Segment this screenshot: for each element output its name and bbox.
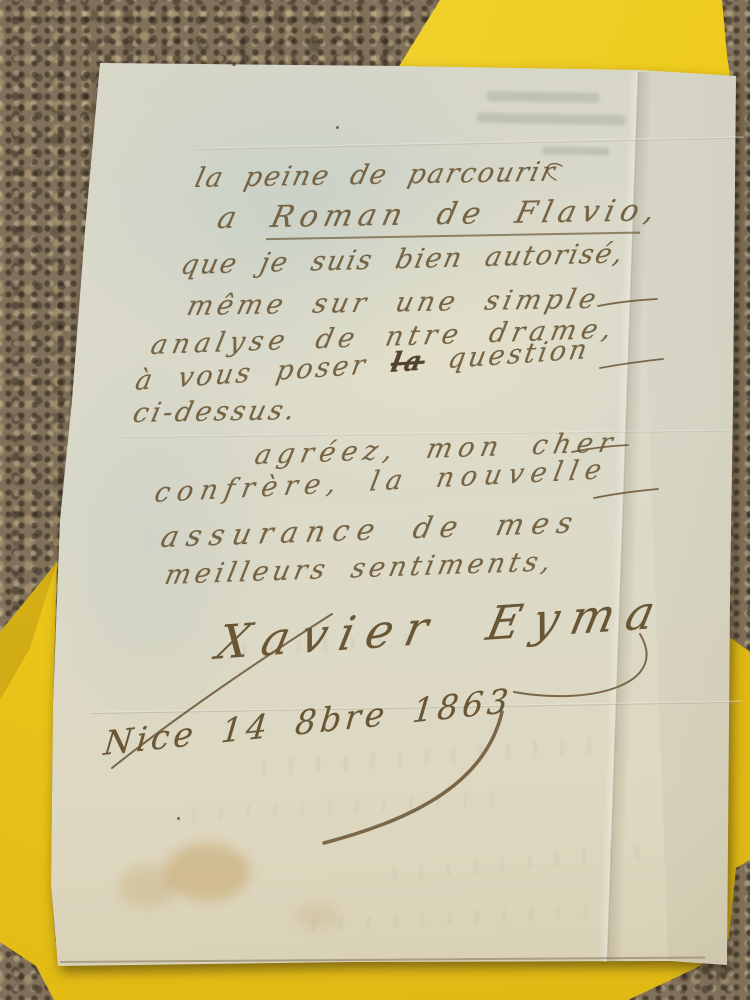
foxing-stain bbox=[118, 866, 176, 908]
handwritten-line-1: la peine de parcourir bbox=[192, 157, 560, 194]
letterhead-bleedthrough bbox=[543, 146, 609, 155]
ink-speck bbox=[232, 62, 236, 66]
handwritten-line-2: a Roman de Flavio, bbox=[214, 193, 664, 236]
line-text: la peine de parcourir bbox=[192, 157, 560, 194]
ink-speck bbox=[336, 126, 339, 129]
photo-of-letter: la peine de parcourir a Roman de Flavio,… bbox=[0, 0, 750, 1000]
foxing-stain bbox=[165, 843, 250, 901]
underlined-title: Roman de Flavio bbox=[266, 193, 648, 240]
handwritten-line-7: ci-dessus. bbox=[130, 395, 301, 429]
line-text: ci-dessus. bbox=[130, 395, 301, 429]
letterhead-bleedthrough bbox=[487, 91, 599, 103]
line-text: a bbox=[214, 200, 276, 236]
